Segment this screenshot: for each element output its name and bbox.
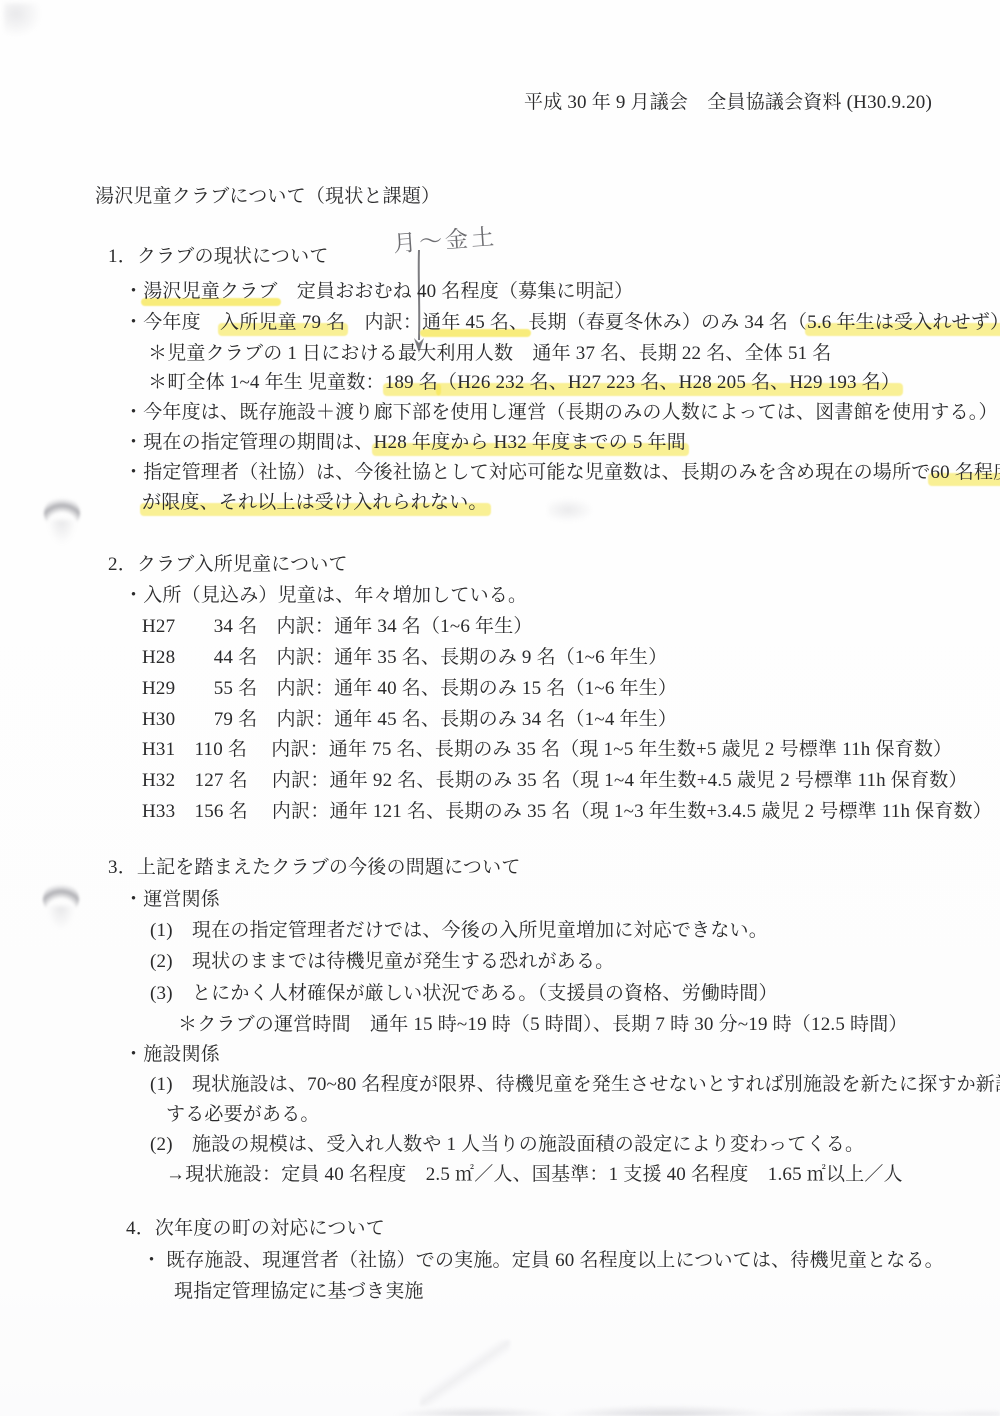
text-segment: する必要がある。 (166, 1104, 320, 1125)
text-segment: ・運営関係 (124, 889, 220, 910)
enrollment-trend-line: ・入所（見込み）児童は、年々増加している。 (124, 583, 527, 609)
text-segment: ・ 既存施設、現運営者（社協）での実施。定員 60 名程度以上については、待機児… (142, 1250, 944, 1271)
facility-item-1-cont: する必要がある。 (166, 1102, 320, 1128)
text-segment: ・施設関係 (124, 1044, 220, 1065)
enrollment-row-h33: H33 156 名 内訳：通年 121 名、長期のみ 35 名（現 1~3 年生… (142, 799, 992, 825)
text-segment: 1．クラブの現状について (108, 246, 329, 267)
operation-item-2: (2) 現状のままでは待機児童が発生する恐れがある。 (150, 949, 614, 975)
text-segment: ・指定管理者（社協）は、今後社協として対応可能な児童数は、長期のみを含め現在の場… (124, 462, 930, 483)
text-segment: 3．上記を踏まえたクラブの今後の問題について (108, 857, 521, 878)
next-year-plan-line: ・ 既存施設、現運営者（社協）での実施。定員 60 名程度以上については、待機児… (142, 1248, 944, 1274)
enrollment-row-h32: H32 127 名 内訳：通年 92 名、長期のみ 35 名（現 1~4 年生数… (142, 768, 968, 794)
scan-smudge-diagonal (420, 1340, 510, 1406)
text-segment: H33 156 名 内訳：通年 121 名、長期のみ 35 名（現 1~3 年生… (142, 801, 992, 822)
text-segment: ・今年度 (124, 312, 220, 333)
facility-subheading: ・施設関係 (124, 1042, 220, 1068)
highlighted-text: 189 名 (385, 372, 438, 393)
max-daily-users-line: ＊児童クラブの 1 日における最大利用人数 通年 37 名、長期 22 名、全体… (148, 341, 832, 367)
text-segment: ＊町全体 1~4 年生 児童数： (148, 372, 385, 393)
text-segment: 内訳： (345, 312, 422, 333)
highlighted-text: 60 名程度 (930, 462, 1000, 483)
text-segment: (3) とにかく人材確保が厳しい状況である。（支援員の資格、労働時間） (150, 983, 778, 1004)
text-segment: 長期（春夏冬休み）のみ 34 名（ (528, 312, 807, 333)
text-segment: ＊児童クラブの 1 日における最大利用人数 通年 37 名、長期 22 名、全体… (148, 343, 832, 364)
text-segment: H29 55 名 内訳：通年 40 名、長期のみ 15 名（1~6 年生） (142, 678, 677, 699)
manager-capacity-line-2: が限度、それ以上は受け入れられない。 (142, 490, 488, 516)
club-name-capacity-line: ・湯沢児童クラブ 定員おおむね 40 名程度（募集に明記） (124, 279, 633, 305)
text-segment: 平成 30 年 9 月議会 全員協議会資料 (H30.9.20) (524, 92, 932, 113)
next-year-plan-cont: 現指定管理協定に基づき実施 (174, 1279, 424, 1305)
facility-item-2: (2) 施設の規模は、受入れ人数や 1 人当りの施設面積の設定により変わってくる… (150, 1132, 864, 1158)
text-segment: (2) 施設の規模は、受入れ人数や 1 人当りの施設面積の設定により変わってくる… (150, 1134, 864, 1155)
text-segment: H28 44 名 内訳：通年 35 名、長期のみ 9 名（1~6 年生） (142, 647, 667, 668)
enrollment-row-h31: H31 110 名 内訳：通年 75 名、長期のみ 35 名（現 1~5 年生数… (142, 737, 952, 763)
text-segment: ・今年度は、既存施設＋渡り廊下部を使用し運営（長期のみの人数によっては、図書館を… (124, 402, 998, 423)
facility-item-1: (1) 現状施設は、70~80 名程度が限界、待機児童を発生させないとすれば別施… (150, 1072, 1000, 1098)
highlighted-text: （H26 232 名、H27 223 名、H28 205 名、H29 193 名… (438, 372, 900, 393)
section-2-heading: 2．クラブ入所児童について (108, 552, 348, 578)
text-segment: 定員おおむね 40 名程度（募集に明記） (278, 281, 634, 302)
highlighted-text: が限度、それ以上は受け入れられない。 (142, 492, 488, 513)
text-segment: H31 110 名 内訳：通年 75 名、長期のみ 35 名（現 1~5 年生数… (142, 739, 952, 760)
text-segment: ・入所（見込み）児童は、年々増加している。 (124, 585, 527, 606)
text-segment: 現指定管理協定に基づき実施 (174, 1281, 424, 1302)
enrollment-row-h28: H28 44 名 内訳：通年 35 名、長期のみ 9 名（1~6 年生） (142, 645, 667, 671)
text-segment: H30 79 名 内訳：通年 45 名、長期のみ 34 名（1~4 年生） (142, 709, 677, 730)
handwritten-note: 月～金土 (392, 218, 498, 258)
section-1-heading: 1．クラブの現状について (108, 244, 329, 270)
text-segment: 2．クラブ入所児童について (108, 554, 348, 575)
enrollment-row-h30: H30 79 名 内訳：通年 45 名、長期のみ 34 名（1~4 年生） (142, 707, 677, 733)
text-segment: 湯沢児童クラブについて（現状と課題） (95, 186, 440, 207)
text-segment: ・ (124, 281, 143, 302)
town-total-children-line: ＊町全体 1~4 年生 児童数：189 名（H26 232 名、H27 223 … (148, 370, 900, 396)
text-segment: (2) 現状のままでは待機児童が発生する恐れがある。 (150, 951, 614, 972)
scanned-document-page: 月～金土 平成 30 年 9 月議会 全員協議会資料 (H30.9.20)湯沢児… (0, 0, 1000, 1416)
facility-usage-line: ・今年度は、既存施設＋渡り廊下部を使用し運営（長期のみの人数によっては、図書館を… (124, 400, 998, 426)
text-segment: ＊クラブの運営時間 通年 15 時~19 時（5 時間）、長期 7 時 30 分… (178, 1014, 908, 1035)
text-segment: 4．次年度の町の対応について (126, 1218, 385, 1239)
punch-hole-shadow-bottom-fade (46, 906, 76, 932)
section-4-heading: 4．次年度の町の対応について (126, 1216, 385, 1242)
document-title: 湯沢児童クラブについて（現状と課題） (95, 184, 440, 210)
operation-item-3: (3) とにかく人材確保が厳しい状況である。（支援員の資格、労働時間） (150, 981, 778, 1007)
text-segment: H27 34 名 内訳：通年 34 名（1~6 年生） (142, 616, 533, 637)
text-segment: →現状施設：定員 40 名程度 2.5 ㎡／人、国基準：1 支援 40 名程度 … (166, 1164, 903, 1185)
enrollment-row-h27: H27 34 名 内訳：通年 34 名（1~6 年生） (142, 614, 533, 640)
management-period-line: ・現在の指定管理の期間は、H28 年度から H32 年度までの 5 年間 (124, 430, 686, 456)
section-3-heading: 3．上記を踏まえたクラブの今後の問題について (108, 855, 521, 881)
operation-subheading: ・運営関係 (124, 887, 220, 913)
document-header: 平成 30 年 9 月議会 全員協議会資料 (H30.9.20) (524, 90, 932, 116)
current-year-enrollment-line: ・今年度 入所児童 79 名 内訳：通年 45 名、長期（春夏冬休み）のみ 34… (124, 310, 1000, 336)
facility-standards-line: →現状施設：定員 40 名程度 2.5 ㎡／人、国基準：1 支援 40 名程度 … (166, 1162, 903, 1188)
highlighted-text: H28 年度から H32 年度までの 5 年間 (374, 432, 686, 453)
punch-hole-shadow-top-fade (47, 520, 77, 546)
enrollment-row-h29: H29 55 名 内訳：通年 40 名、長期のみ 15 名（1~6 年生） (142, 676, 677, 702)
scan-smudge-middle (548, 496, 598, 524)
operating-hours-line: ＊クラブの運営時間 通年 15 時~19 時（5 時間）、長期 7 時 30 分… (178, 1012, 908, 1038)
text-segment: ・現在の指定管理の期間は、 (124, 432, 374, 453)
manager-capacity-line: ・指定管理者（社協）は、今後社協として対応可能な児童数は、長期のみを含め現在の場… (124, 460, 1000, 486)
text-segment: (1) 現在の指定管理者だけでは、今後の入所児童増加に対応できない。 (150, 920, 768, 941)
text-segment: (1) 現状施設は、70~80 名程度が限界、待機児童を発生させないとすれば別施… (150, 1074, 1000, 1095)
scan-smudge-top-left (4, 3, 44, 39)
highlighted-text: 湯沢児童クラブ (143, 281, 277, 302)
operation-item-1: (1) 現在の指定管理者だけでは、今後の入所児童増加に対応できない。 (150, 918, 768, 944)
text-segment: H32 127 名 内訳：通年 92 名、長期のみ 35 名（現 1~4 年生数… (142, 770, 968, 791)
highlighted-text: 入所児童 79 名 (220, 312, 345, 333)
scan-smudge-bottom-edge (360, 1398, 1000, 1416)
highlighted-text: 通年 45 名、 (422, 312, 528, 333)
highlighted-text: 5.6 年生は受入れせず） (807, 312, 1000, 333)
